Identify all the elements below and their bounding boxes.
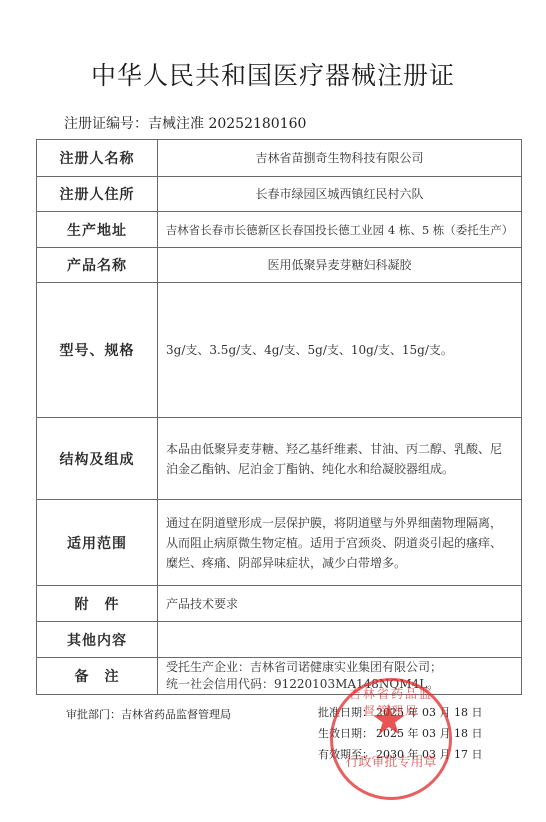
row-value-other — [158, 622, 522, 658]
table-row: 注册人名称 吉林省苗捌奇生物科技有限公司 — [37, 140, 522, 177]
row-label-structure: 结构及组成 — [37, 418, 158, 500]
row-label-registrant-address: 注册人住所 — [37, 177, 158, 212]
registration-number-label: 注册证编号： — [64, 116, 148, 132]
row-value-registrant-name: 吉林省苗捌奇生物科技有限公司 — [158, 140, 522, 177]
row-value-structure: 本品由低聚异麦芽糖、羟乙基纤维素、甘油、丙二醇、乳酸、尼泊金乙酯钠、尼泊金丁酯钠… — [158, 418, 522, 500]
row-label-attachment: 附 件 — [37, 586, 158, 622]
approval-department-value: 吉林省药品监督管理局 — [121, 708, 231, 721]
effective-date: 生效日期：2025 年 03 月 18 日 — [318, 727, 482, 748]
table-row: 备 注 受托生产企业：吉林省司诺健康实业集团有限公司； 统一社会信用代码：912… — [37, 658, 522, 695]
date-block: 批准日期：2025 年 03 月 18 日 生效日期：2025 年 03 月 1… — [318, 706, 482, 769]
approval-date-label: 批准日期： — [318, 706, 376, 720]
document-title: 中华人民共和国医疗器械注册证 — [0, 56, 546, 92]
row-value-scope: 通过在阴道壁形成一层保护膜，将阴道壁与外界细菌物理隔离，从而阻止病原微生物定植。… — [158, 500, 522, 586]
approval-date-value: 2025 年 03 月 18 日 — [376, 706, 482, 719]
registration-number-value: 吉械注准 20252180160 — [148, 116, 306, 132]
remarks-line-2: 统一社会信用代码：91220103MA148NQM4L。 — [166, 676, 513, 693]
table-row: 型号、规格 3g/支、3.5g/支、4g/支、5g/支、10g/支、15g/支。 — [37, 283, 522, 418]
table-row: 适用范围 通过在阴道壁形成一层保护膜，将阴道壁与外界细菌物理隔离，从而阻止病原微… — [37, 500, 522, 586]
expiry-date: 有效期至：2030 年 03 月 17 日 — [318, 748, 482, 769]
registration-number: 注册证编号：吉械注准 20252180160 — [64, 113, 306, 133]
approval-department-label: 审批部门： — [66, 708, 121, 721]
table-row: 产品名称 医用低聚异麦芽糖妇科凝胶 — [37, 248, 522, 283]
table-row: 其他内容 — [37, 622, 522, 658]
effective-date-label: 生效日期： — [318, 727, 376, 741]
row-label-other: 其他内容 — [37, 622, 158, 658]
row-value-remarks: 受托生产企业：吉林省司诺健康实业集团有限公司； 统一社会信用代码：9122010… — [158, 658, 522, 695]
table-row: 生产地址 吉林省长春市长德新区长春国投长德工业园 4 栋、5 栋（委托生产） — [37, 212, 522, 248]
row-label-remarks: 备 注 — [37, 658, 158, 695]
certificate-table: 注册人名称 吉林省苗捌奇生物科技有限公司 注册人住所 长春市绿园区城西镇红民村六… — [36, 139, 522, 695]
expiry-date-value: 2030 年 03 月 17 日 — [376, 748, 482, 761]
row-value-attachment: 产品技术要求 — [158, 586, 522, 622]
row-label-scope: 适用范围 — [37, 500, 158, 586]
row-value-registrant-address: 长春市绿园区城西镇红民村六队 — [158, 177, 522, 212]
effective-date-value: 2025 年 03 月 18 日 — [376, 727, 482, 740]
row-label-product-name: 产品名称 — [37, 248, 158, 283]
row-label-registrant-name: 注册人名称 — [37, 140, 158, 177]
row-value-product-name: 医用低聚异麦芽糖妇科凝胶 — [158, 248, 522, 283]
table-row: 结构及组成 本品由低聚异麦芽糖、羟乙基纤维素、甘油、丙二醇、乳酸、尼泊金乙酯钠、… — [37, 418, 522, 500]
table-row: 附 件 产品技术要求 — [37, 586, 522, 622]
table-row: 注册人住所 长春市绿园区城西镇红民村六队 — [37, 177, 522, 212]
expiry-date-label: 有效期至： — [318, 748, 376, 762]
remarks-line-1: 受托生产企业：吉林省司诺健康实业集团有限公司； — [166, 659, 513, 676]
row-label-model-spec: 型号、规格 — [37, 283, 158, 418]
approval-date: 批准日期：2025 年 03 月 18 日 — [318, 706, 482, 727]
row-label-production-address: 生产地址 — [37, 212, 158, 248]
row-value-production-address: 吉林省长春市长德新区长春国投长德工业园 4 栋、5 栋（委托生产） — [158, 212, 522, 248]
approval-department: 审批部门：吉林省药品监督管理局 — [66, 706, 231, 722]
row-value-model-spec: 3g/支、3.5g/支、4g/支、5g/支、10g/支、15g/支。 — [158, 283, 522, 418]
